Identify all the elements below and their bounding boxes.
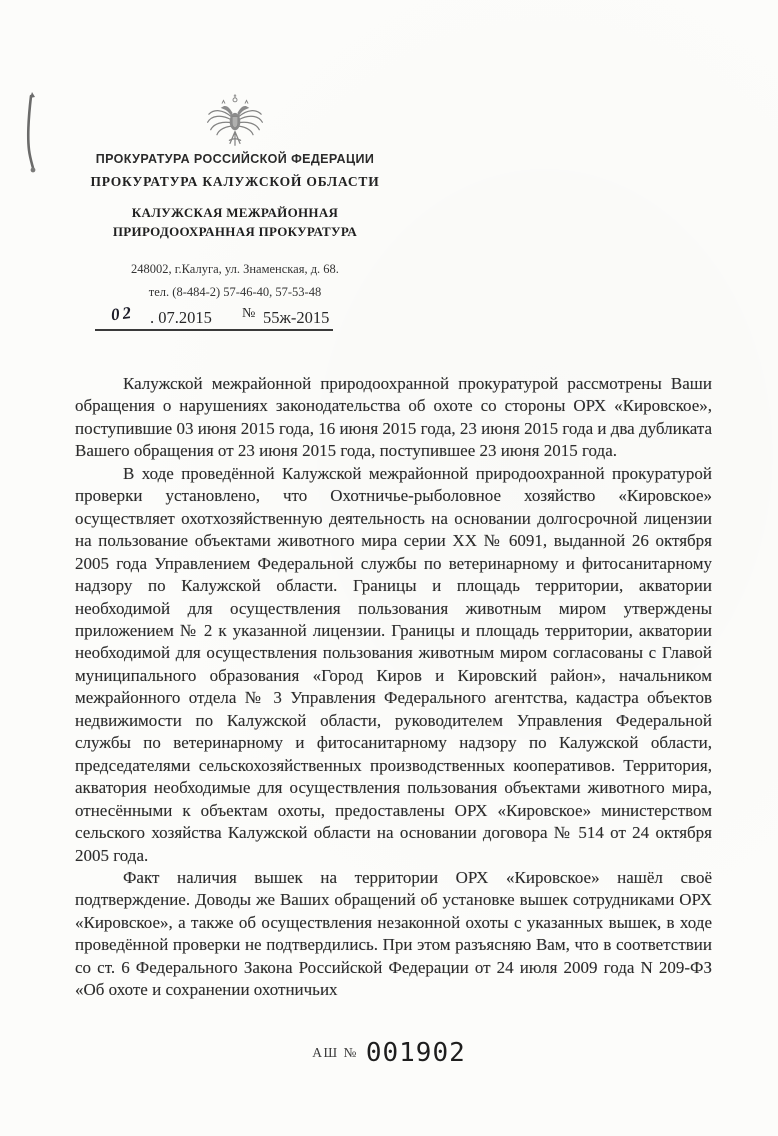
scanned-letter-page: ПРОКУРАТУРА РОССИЙСКОЙ ФЕДЕРАЦИИ ПРОКУРА…: [0, 0, 778, 1136]
printed-date: . 07.2015: [150, 308, 212, 328]
handwritten-day: 02: [110, 303, 135, 326]
stamp-number: 001902: [366, 1038, 466, 1068]
pen-stroke-mark: [16, 88, 46, 178]
body-paragraph: Калужской межрайонной природоохранной пр…: [75, 373, 712, 463]
org-name-line-2: ПРОКУРАТУРА КАЛУЖСКОЙ ОБЛАСТИ: [85, 174, 385, 190]
reference-line: 02 . 07.2015 № 55ж-2015: [95, 304, 333, 331]
form-number-stamp: АШ №001902: [0, 1038, 778, 1068]
stamp-label: АШ №: [312, 1045, 358, 1060]
phone-line: тел. (8-484-2) 57-46-40, 57-53-48: [85, 285, 385, 300]
letterhead: ПРОКУРАТУРА РОССИЙСКОЙ ФЕДЕРАЦИИ ПРОКУРА…: [85, 93, 385, 300]
case-number: 55ж-2015: [263, 308, 329, 328]
department-name: КАЛУЖСКАЯ МЕЖРАЙОННАЯ ПРИРОДООХРАННАЯ ПР…: [85, 204, 385, 241]
address-line: 248002, г.Калуга, ул. Знаменская, д. 68.: [85, 262, 385, 277]
department-line-2: ПРИРОДООХРАННАЯ ПРОКУРАТУРА: [85, 223, 385, 242]
russia-coat-of-arms-icon: [203, 93, 267, 149]
letter-body: Калужской межрайонной природоохранной пр…: [75, 373, 712, 1002]
org-name-line-1: ПРОКУРАТУРА РОССИЙСКОЙ ФЕДЕРАЦИИ: [85, 152, 385, 166]
department-line-1: КАЛУЖСКАЯ МЕЖРАЙОННАЯ: [85, 204, 385, 223]
number-sign: №: [242, 306, 255, 322]
body-paragraph: В ходе проведённой Калужской межрайонной…: [75, 463, 712, 867]
body-paragraph: Факт наличия вышек на территории ОРХ «Ки…: [75, 867, 712, 1002]
